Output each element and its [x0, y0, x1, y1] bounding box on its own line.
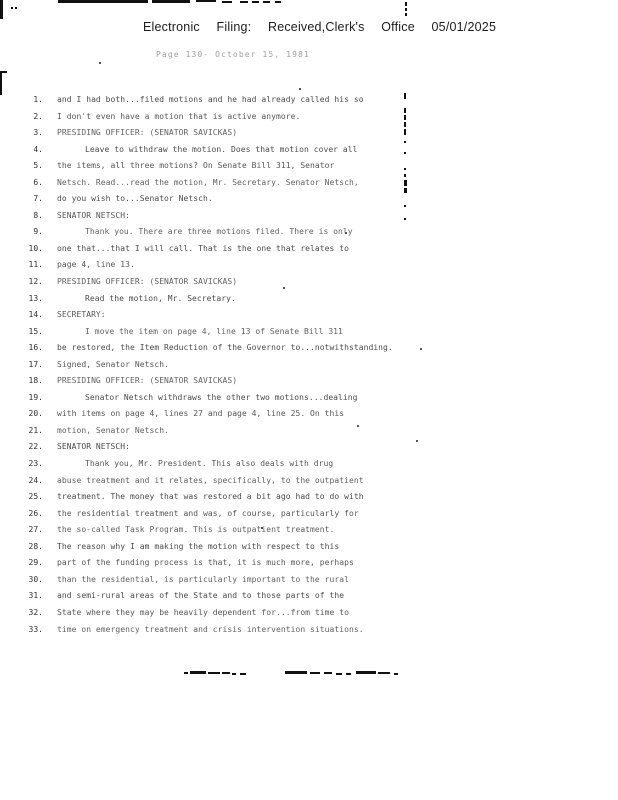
- scan-artifact-mark: [404, 141, 406, 143]
- line-number: 3.: [0, 128, 43, 137]
- transcript-line: 1. and I had both...filed motions and he…: [0, 95, 618, 112]
- line-text: I move the item on page 4, line 13 of Se…: [57, 327, 343, 336]
- transcript-line: 17. Signed, Senator Netsch.: [0, 360, 618, 377]
- transcript-line: 22. SENATOR NETSCH:: [0, 442, 618, 459]
- line-text: Leave to withdraw the motion. Does that …: [57, 145, 358, 154]
- line-text: Senator Netsch withdraws the other two m…: [57, 393, 358, 402]
- line-number: 16.: [0, 343, 43, 352]
- line-text: page 4, line 13.: [57, 260, 135, 269]
- transcript-line: 12. PRESIDING OFFICER: (SENATOR SAVICKAS…: [0, 277, 618, 294]
- scan-noise-dot: [261, 527, 263, 529]
- scan-artifact-mark: [0, 0, 3, 19]
- scan-noise-dot: [416, 440, 418, 442]
- scan-artifact-mark: [0, 73, 2, 95]
- line-text: State where they may be heavily dependen…: [57, 608, 349, 617]
- transcript-line: 16. be restored, the Item Reduction of t…: [0, 343, 618, 360]
- line-number: 1.: [0, 95, 43, 104]
- page-caption: Page 130- October 15, 1981: [156, 50, 310, 59]
- line-number: 15.: [0, 327, 43, 336]
- line-number: 7.: [0, 194, 43, 203]
- transcript-line: 11. page 4, line 13.: [0, 260, 618, 277]
- transcript-line: 27. the so-called Task Program. This is …: [0, 525, 618, 542]
- transcript-line: 30. than the residential, is particularl…: [0, 575, 618, 592]
- scan-artifact-mark: [263, 1, 270, 3]
- scan-artifact-mark: [404, 188, 407, 193]
- line-text: The reason why I am making the motion wi…: [57, 542, 339, 551]
- transcript-line: 24. abuse treatment and it relates, spec…: [0, 476, 618, 493]
- scan-artifact-mark: [404, 218, 406, 220]
- transcript-line: 21. motion, Senator Netsch.: [0, 426, 618, 443]
- line-number: 19.: [0, 393, 43, 402]
- line-number: 4.: [0, 145, 43, 154]
- line-text: Signed, Senator Netsch.: [57, 360, 169, 369]
- line-number: 18.: [0, 376, 43, 385]
- scan-artifact-mark: [404, 115, 406, 120]
- line-number: 5.: [0, 161, 43, 170]
- line-text: one that...that I will call. That is the…: [57, 244, 349, 253]
- transcript-line: 15. I move the item on page 4, line 13 o…: [0, 327, 618, 344]
- scan-artifact-mark: [275, 1, 281, 3]
- line-text: time on emergency treatment and crisis i…: [57, 625, 364, 634]
- line-number: 8.: [0, 211, 43, 220]
- scan-artifact-mark: [378, 672, 390, 674]
- line-text: SENATOR NETSCH:: [57, 211, 130, 220]
- scan-artifact-mark: [404, 180, 407, 186]
- transcript-line: 2. I don't even have a motion that is ac…: [0, 112, 618, 129]
- transcript-line: 14. SECRETARY:: [0, 310, 618, 327]
- transcript-line: 9. Thank you. There are three motions fi…: [0, 227, 618, 244]
- scan-artifact-mark: [222, 672, 230, 674]
- scan-artifact-mark: [232, 673, 236, 675]
- transcript-line: 29. part of the funding process is that,…: [0, 558, 618, 575]
- line-text: the so-called Task Program. This is outp…: [57, 525, 334, 534]
- transcript-line: 26. the residential treatment and was, o…: [0, 509, 618, 526]
- scan-artifact-mark: [404, 205, 406, 207]
- line-number: 28.: [0, 542, 43, 551]
- transcript-line: 10. one that...that I will call. That is…: [0, 244, 618, 261]
- line-number: 27.: [0, 525, 43, 534]
- scan-artifact-mark: [404, 108, 406, 113]
- line-text: I don't even have a motion that is activ…: [57, 112, 300, 121]
- transcript-line: 32. State where they may be heavily depe…: [0, 608, 618, 625]
- line-number: 23.: [0, 459, 43, 468]
- transcript-line: 31. and semi-rural areas of the State an…: [0, 591, 618, 608]
- transcript-body: 1. and I had both...filed motions and he…: [0, 95, 618, 641]
- line-number: 31.: [0, 591, 43, 600]
- transcript-line: 20. with items on page 4, lines 27 and p…: [0, 409, 618, 426]
- line-number: 21.: [0, 426, 43, 435]
- line-number: 22.: [0, 442, 43, 451]
- transcript-line: 25. treatment. The money that was restor…: [0, 492, 618, 509]
- transcript-line: 19. Senator Netsch withdraws the other t…: [0, 393, 618, 410]
- transcript-line: 8. SENATOR NETSCH:: [0, 211, 618, 228]
- scan-artifact-mark: [404, 174, 406, 177]
- scan-artifact-mark: [405, 2, 407, 6]
- scan-artifact-mark: [324, 672, 332, 674]
- line-text: Thank you, Mr. President. This also deal…: [57, 459, 333, 468]
- scan-noise-dot: [99, 62, 101, 64]
- scan-noise-dot: [283, 287, 285, 289]
- scan-artifact-mark: [240, 673, 246, 675]
- line-number: 13.: [0, 294, 43, 303]
- line-text: part of the funding process is that, it …: [57, 558, 354, 567]
- line-text: do you wish to...Senator Netsch.: [57, 194, 213, 203]
- scan-artifact-mark: [285, 671, 307, 674]
- line-text: with items on page 4, lines 27 and page …: [57, 409, 344, 418]
- line-number: 32.: [0, 608, 43, 617]
- transcript-line: 5. the items, all three motions? On Sena…: [0, 161, 618, 178]
- line-text: and I had both...filed motions and he ha…: [57, 95, 364, 104]
- scan-artifact-mark: [252, 1, 259, 3]
- line-text: PRESIDING OFFICER: (SENATOR SAVICKAS): [57, 277, 237, 286]
- line-number: 14.: [0, 310, 43, 319]
- scan-artifact-mark: [310, 672, 320, 674]
- line-text: and semi-rural areas of the State and to…: [57, 591, 344, 600]
- scan-noise-dot: [345, 232, 347, 234]
- scan-artifact-mark: [190, 671, 206, 674]
- scan-artifact-mark: [404, 122, 406, 127]
- line-number: 17.: [0, 360, 43, 369]
- transcript-line: 4. Leave to withdraw the motion. Does th…: [0, 145, 618, 162]
- line-text: Thank you. There are three motions filed…: [57, 227, 353, 236]
- transcript-line: 33. time on emergency treatment and cris…: [0, 625, 618, 642]
- line-number: 2.: [0, 112, 43, 121]
- line-text: SENATOR NETSCH:: [57, 442, 130, 451]
- line-text: be restored, the Item Reduction of the G…: [57, 343, 393, 352]
- line-number: 33.: [0, 625, 43, 634]
- scan-artifact-mark: [336, 673, 342, 675]
- line-number: 9.: [0, 227, 43, 236]
- scan-artifact-mark: [196, 0, 216, 2]
- scan-artifact-mark: [184, 672, 188, 674]
- line-text: the items, all three motions? On Senate …: [57, 161, 334, 170]
- scan-artifact-mark: [405, 8, 407, 11]
- line-number: 11.: [0, 260, 43, 269]
- scan-noise-dot: [357, 425, 359, 427]
- line-number: 20.: [0, 409, 43, 418]
- scan-artifact-mark: [240, 1, 248, 3]
- transcript-line: 6. Netsch. Read...read the motion, Mr. S…: [0, 178, 618, 195]
- line-text: the residential treatment and was, of co…: [57, 509, 359, 518]
- transcript-line: 28. The reason why I am making the motio…: [0, 542, 618, 559]
- line-number: 30.: [0, 575, 43, 584]
- scan-noise-dot: [420, 348, 422, 350]
- line-number: 6.: [0, 178, 43, 187]
- line-text: Read the motion, Mr. Secretary.: [57, 294, 236, 303]
- scan-artifact-mark: [404, 129, 406, 135]
- line-text: SECRETARY:: [57, 310, 106, 319]
- line-text: PRESIDING OFFICER: (SENATOR SAVICKAS): [57, 128, 237, 137]
- line-text: motion, Senator Netsch.: [57, 426, 169, 435]
- scan-artifact-mark: [404, 168, 406, 170]
- scan-artifact-mark: [58, 0, 148, 3]
- scan-artifact-mark: [222, 1, 232, 3]
- transcript-line: 23. Thank you, Mr. President. This also …: [0, 459, 618, 476]
- line-number: 10.: [0, 244, 43, 253]
- transcript-line: 3. PRESIDING OFFICER: (SENATOR SAVICKAS): [0, 128, 618, 145]
- line-text: than the residential, is particularly im…: [57, 575, 349, 584]
- transcript-line: 7. do you wish to...Senator Netsch.: [0, 194, 618, 211]
- scan-artifact-mark: [404, 93, 406, 99]
- line-text: Netsch. Read...read the motion, Mr. Secr…: [57, 178, 359, 187]
- scan-artifact-mark: [356, 671, 376, 674]
- scan-artifact-mark: [346, 673, 351, 675]
- line-number: 29.: [0, 558, 43, 567]
- scan-artifact-mark: [404, 152, 406, 154]
- scan-artifact-mark: [208, 672, 220, 674]
- scan-artifact-mark: [405, 13, 407, 16]
- scan-artifact-mark: [15, 7, 17, 9]
- scan-noise-dot: [299, 88, 301, 90]
- line-number: 24.: [0, 476, 43, 485]
- scanned-transcript-page: Electronic Filing: Received,Clerk's Offi…: [0, 0, 618, 800]
- scan-artifact-mark: [11, 7, 13, 9]
- transcript-line: 18. PRESIDING OFFICER: (SENATOR SAVICKAS…: [0, 376, 618, 393]
- line-number: 25.: [0, 492, 43, 501]
- scan-artifact-mark: [152, 0, 190, 3]
- line-number: 26.: [0, 509, 43, 518]
- transcript-line: 13. Read the motion, Mr. Secretary.: [0, 294, 618, 311]
- line-text: PRESIDING OFFICER: (SENATOR SAVICKAS): [57, 376, 237, 385]
- scan-artifact-mark: [394, 673, 398, 675]
- line-number: 12.: [0, 277, 43, 286]
- line-text: abuse treatment and it relates, specific…: [57, 476, 364, 485]
- line-text: treatment. The money that was restored a…: [57, 492, 364, 501]
- efiling-stamp: Electronic Filing: Received,Clerk's Offi…: [143, 20, 496, 34]
